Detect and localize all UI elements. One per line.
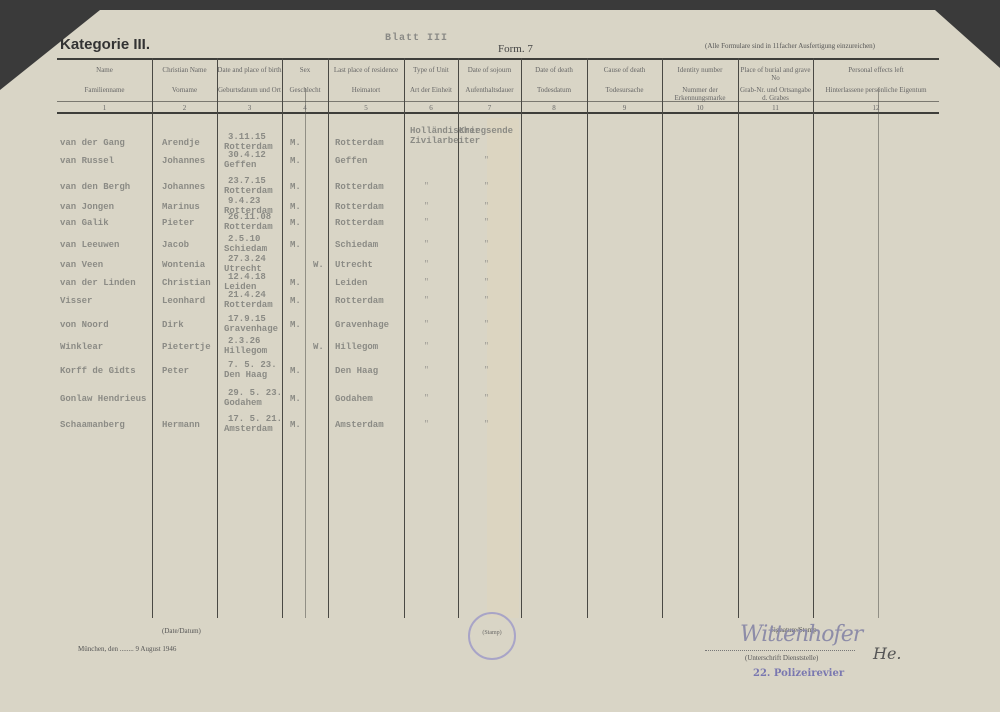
column-number: 1: [57, 104, 152, 112]
sheet-number: Blatt III: [385, 33, 448, 44]
birth-place-cell: Rotterdam: [224, 222, 273, 232]
given-name-cell: Arendje: [162, 138, 200, 148]
surname-cell: van der Linden: [60, 278, 136, 288]
form-number: Form. 7: [498, 43, 533, 55]
given-name-cell: Wontenia: [162, 260, 205, 270]
surname-cell: von Noord: [60, 320, 109, 330]
sex-male-cell: M.: [290, 420, 301, 430]
sex-female-cell: W.: [313, 260, 324, 270]
residence-cell: Rotterdam: [335, 202, 384, 212]
birth-date-cell: 29. 5. 23.: [228, 388, 282, 398]
form-note: (Alle Formulare sind in 11facher Ausfert…: [705, 42, 875, 50]
column-number: 6: [404, 104, 458, 112]
column-rule: [282, 58, 283, 618]
residence-cell: Den Haag: [335, 366, 378, 376]
birth-date-cell: 2.5.10: [228, 234, 260, 244]
sex-male-cell: M.: [290, 394, 301, 404]
column-header-de: Art der Einheit: [404, 86, 458, 94]
birth-date-cell: 7. 5. 23.: [228, 360, 277, 370]
unit-ditto: ": [424, 394, 429, 403]
official-stamp: (Stamp): [468, 612, 516, 660]
unit-cell: Holländischer Zivilarbeiter: [410, 126, 456, 146]
sojourn-ditto: ": [484, 320, 489, 329]
column-number: 7: [458, 104, 521, 112]
residence-cell: Rotterdam: [335, 138, 384, 148]
column-header-en: Name: [57, 66, 152, 74]
birth-place-cell: Den Haag: [224, 370, 267, 380]
column-rule: [404, 58, 405, 618]
column-rule: [662, 58, 663, 618]
unit-ditto: ": [424, 260, 429, 269]
column-number: 12: [813, 104, 939, 112]
surname-cell: van den Bergh: [60, 182, 130, 192]
surname-cell: Korff de Gidts: [60, 366, 136, 376]
column-header-de: Grab-Nr. und Ortsangabe d. Grabes: [738, 86, 813, 102]
residence-cell: Godahem: [335, 394, 373, 404]
column-header-de: Todesdatum: [521, 86, 587, 94]
given-name-cell: Peter: [162, 366, 189, 376]
column-number: 8: [521, 104, 587, 112]
birth-date-cell: 27.3.24: [228, 254, 266, 264]
sojourn-ditto: ": [484, 218, 489, 227]
column-header-en: Last place of residence: [328, 66, 404, 74]
given-name-cell: Christian: [162, 278, 211, 288]
signature: Wittenhofer: [740, 622, 862, 647]
given-name-cell: Pietertje: [162, 342, 211, 352]
residence-cell: Rotterdam: [335, 296, 384, 306]
given-name-cell: Dirk: [162, 320, 184, 330]
stamp-label: (Stamp): [470, 630, 514, 636]
sex-male-cell: M.: [290, 138, 301, 148]
unit-ditto: ": [424, 182, 429, 191]
residence-cell: Schiedam: [335, 240, 378, 250]
unit-ditto: ": [424, 296, 429, 305]
unit-ditto: ": [424, 202, 429, 211]
residence-cell: Utrecht: [335, 260, 373, 270]
column-header-en: Sex: [282, 66, 328, 74]
birth-place-cell: Rotterdam: [224, 300, 273, 310]
column-rule: [587, 58, 588, 618]
residence-cell: Hillegom: [335, 342, 378, 352]
surname-cell: Gonlaw Hendrieus: [60, 394, 146, 404]
sex-subcolumn-rule: [305, 88, 306, 618]
birth-date-cell: 23.7.15: [228, 176, 266, 186]
column-header-de: Vorname: [152, 86, 217, 94]
surname-cell: Visser: [60, 296, 92, 306]
sex-male-cell: M.: [290, 182, 301, 192]
column-rule: [738, 58, 739, 618]
sojourn-ditto: ": [484, 260, 489, 269]
unit-ditto: ": [424, 366, 429, 375]
birth-date-cell: 21.4.24: [228, 290, 266, 300]
surname-cell: van Leeuwen: [60, 240, 119, 250]
column-rule: [152, 58, 153, 618]
column-number: 5: [328, 104, 404, 112]
birth-place-cell: Gravenhage: [224, 324, 278, 334]
residence-cell: Rotterdam: [335, 182, 384, 192]
paper-stain: [487, 118, 519, 618]
surname-cell: van Veen: [60, 260, 103, 270]
birth-place-cell: Rotterdam: [224, 186, 273, 196]
unit-ditto: ": [424, 278, 429, 287]
table-top-rule: [57, 58, 939, 60]
place-date: München, den ........ 9 August 1946: [78, 645, 176, 653]
initials: He.: [873, 644, 902, 663]
residence-cell: Leiden: [335, 278, 367, 288]
column-header-en: Date and place of birth: [217, 66, 282, 74]
column-rule: [521, 58, 522, 618]
column-number: 10: [662, 104, 738, 112]
column-header-en: Christian Name: [152, 66, 217, 74]
sex-female-cell: W.: [313, 342, 324, 352]
unit-ditto: ": [424, 420, 429, 429]
column-header-en: Date of death: [521, 66, 587, 74]
birth-date-cell: 17.9.15: [228, 314, 266, 324]
given-name-cell: Pieter: [162, 218, 194, 228]
given-name-cell: Johannes: [162, 182, 205, 192]
sex-male-cell: M.: [290, 320, 301, 330]
sex-male-cell: M.: [290, 296, 301, 306]
unit-ditto: ": [424, 342, 429, 351]
residence-cell: Gravenhage: [335, 320, 389, 330]
sojourn-cell: Kriegsende: [459, 126, 513, 136]
column-number: 4: [282, 104, 328, 112]
birth-place-cell: Godahem: [224, 398, 262, 408]
sex-male-cell: M.: [290, 156, 301, 166]
effects-subcolumn-rule: [878, 88, 879, 618]
residence-cell: Geffen: [335, 156, 367, 166]
column-header-de: Familienname: [57, 86, 152, 94]
column-header-en: Type of Unit: [404, 66, 458, 74]
given-name-cell: Leonhard: [162, 296, 205, 306]
column-number: 11: [738, 104, 813, 112]
sojourn-ditto: ": [484, 296, 489, 305]
birth-date-cell: 3.11.15: [228, 132, 266, 142]
given-name-cell: Johannes: [162, 156, 205, 166]
signer-label: (Unterschrift Dienststelle): [745, 654, 818, 662]
sojourn-ditto: ": [484, 278, 489, 287]
birth-date-cell: 30.4.12: [228, 150, 266, 160]
sojourn-ditto: ": [484, 366, 489, 375]
column-rule: [328, 58, 329, 618]
column-header-de: Hinterlassene persönliche Eigentum: [813, 86, 939, 94]
column-header-de: Geschlecht: [282, 86, 328, 94]
sojourn-ditto: ": [484, 240, 489, 249]
column-number: 3: [217, 104, 282, 112]
unit-ditto: ": [424, 320, 429, 329]
column-header-en: Place of burial and grave No: [738, 66, 813, 82]
sex-male-cell: M.: [290, 278, 301, 288]
birth-date-cell: 17. 5. 21.: [228, 414, 282, 424]
surname-cell: van Galik: [60, 218, 109, 228]
birth-date-cell: 9.4.23: [228, 196, 260, 206]
surname-cell: van Russel: [60, 156, 114, 166]
birth-place-cell: Hillegom: [224, 346, 267, 356]
column-header-en: Date of sojourn: [458, 66, 521, 74]
column-header-en: Cause of death: [587, 66, 662, 74]
sex-male-cell: M.: [290, 218, 301, 228]
header-bottom-rule: [57, 112, 939, 114]
sojourn-ditto: ": [484, 202, 489, 211]
column-header-en: Personal effects left: [813, 66, 939, 74]
document-title: Kategorie III.: [60, 36, 150, 53]
sex-male-cell: M.: [290, 202, 301, 212]
given-name-cell: Hermann: [162, 420, 200, 430]
sojourn-ditto: ": [484, 156, 489, 165]
residence-cell: Rotterdam: [335, 218, 384, 228]
sex-male-cell: M.: [290, 240, 301, 250]
signature-line: [705, 650, 855, 651]
unit-ditto: ": [424, 240, 429, 249]
column-header-de: Geburtsdatum und Ort: [217, 86, 282, 94]
surname-cell: van Jongen: [60, 202, 114, 212]
sojourn-ditto: ": [484, 182, 489, 191]
date-label: (Date/Datum): [162, 627, 201, 635]
sojourn-ditto: ": [484, 394, 489, 403]
column-header-de: Aufenthaltsdauer: [458, 86, 521, 94]
column-rule: [217, 58, 218, 618]
column-number: 2: [152, 104, 217, 112]
column-rule: [813, 58, 814, 618]
sex-male-cell: M.: [290, 366, 301, 376]
birth-place-cell: Amsterdam: [224, 424, 273, 434]
birth-date-cell: 26.11.08: [228, 212, 271, 222]
birth-place-cell: Schiedam: [224, 244, 267, 254]
surname-cell: Schaamanberg: [60, 420, 125, 430]
birth-date-cell: 2.3.26: [228, 336, 260, 346]
unit-ditto: ": [424, 218, 429, 227]
given-name-cell: Jacob: [162, 240, 189, 250]
column-header-de: Heimatort: [328, 86, 404, 94]
column-number: 9: [587, 104, 662, 112]
column-header-de: Todesursache: [587, 86, 662, 94]
surname-cell: van der Gang: [60, 138, 125, 148]
birth-date-cell: 12.4.18: [228, 272, 266, 282]
police-stamp: 22. Polizeirevier: [753, 668, 844, 679]
sojourn-ditto: ": [484, 420, 489, 429]
column-header-en: Identity number: [662, 66, 738, 74]
column-header-de: Nummer der Erkennungsmarke: [662, 86, 738, 102]
sojourn-ditto: ": [484, 342, 489, 351]
surname-cell: Winklear: [60, 342, 103, 352]
given-name-cell: Marinus: [162, 202, 200, 212]
residence-cell: Amsterdam: [335, 420, 384, 430]
birth-place-cell: Geffen: [224, 160, 256, 170]
